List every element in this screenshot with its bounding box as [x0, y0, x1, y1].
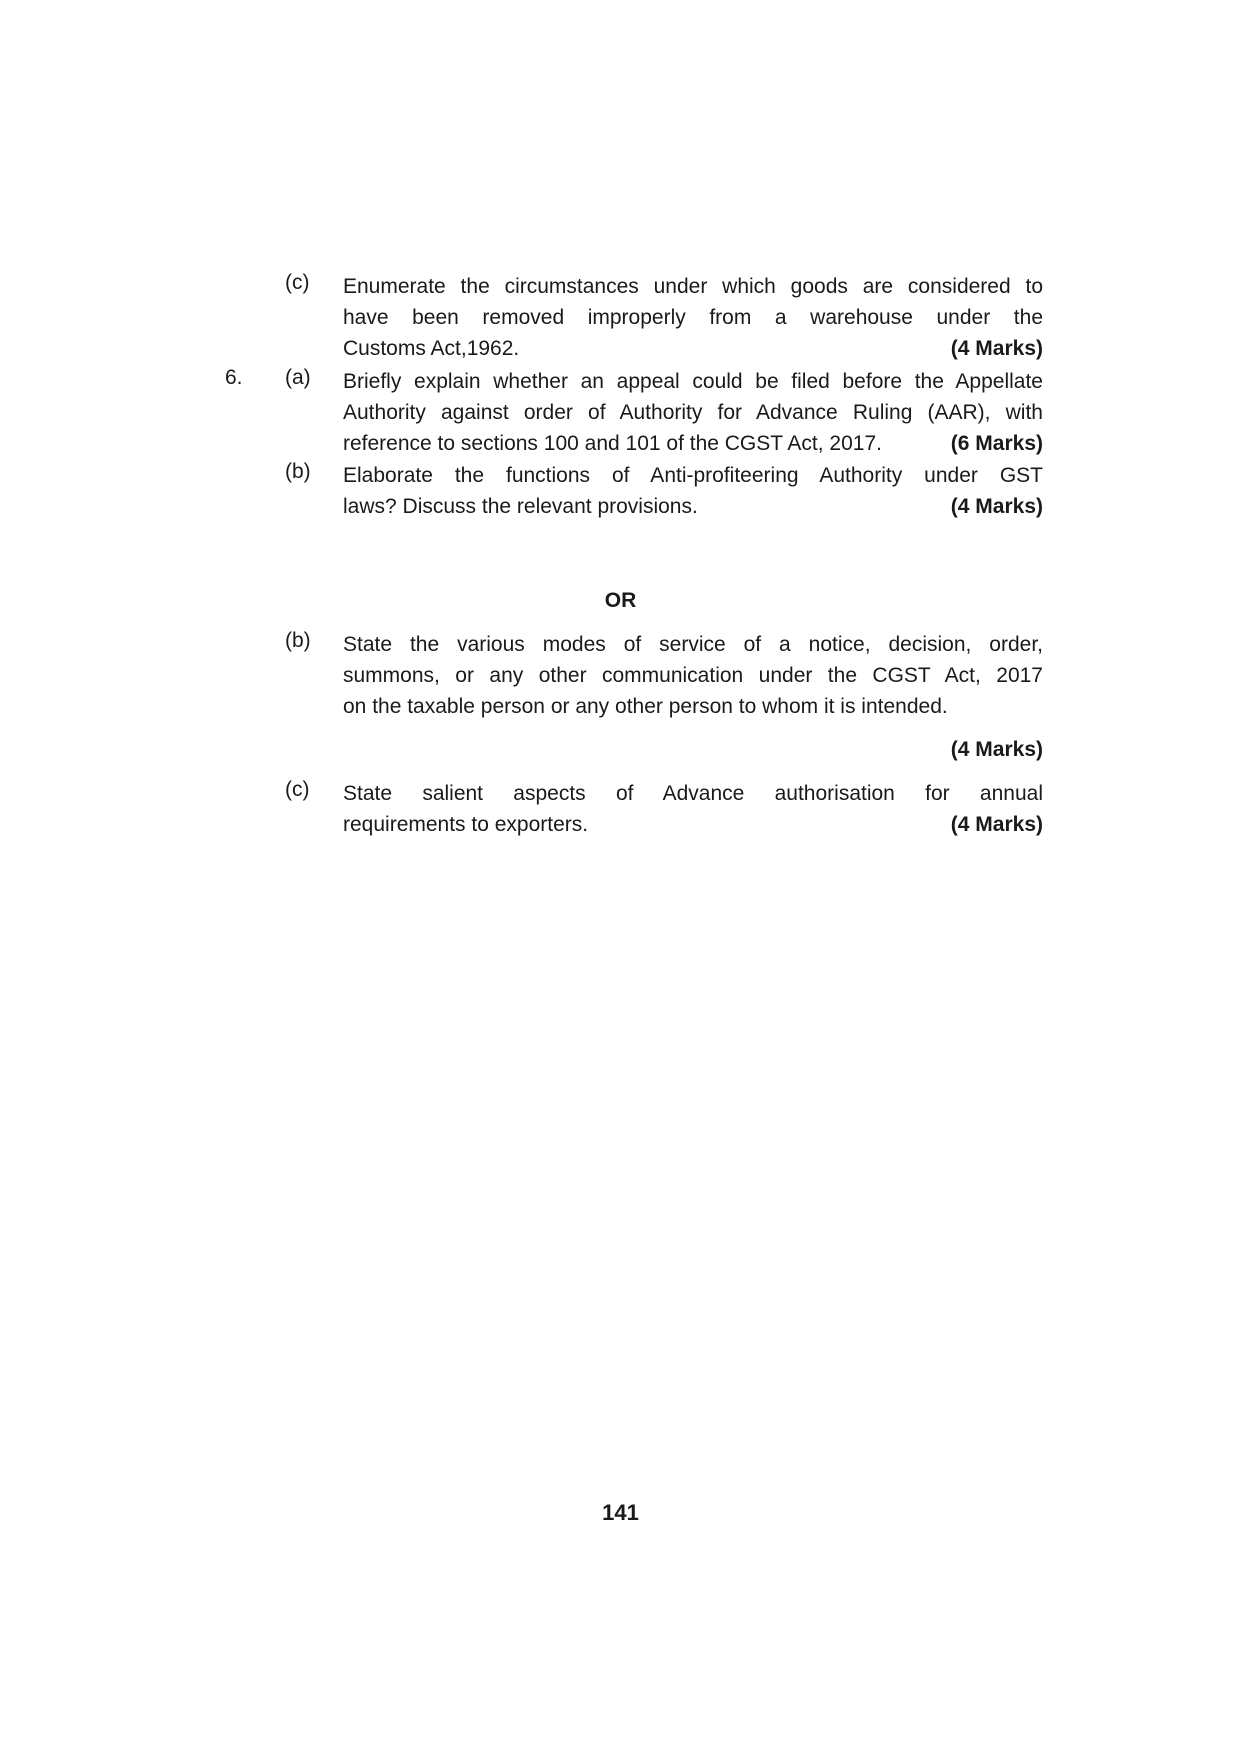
- text-line: requirements to exporters.(4 Marks): [343, 809, 1043, 840]
- question-number: 6.: [225, 366, 243, 390]
- question-label: (b): [285, 460, 311, 484]
- question-label: (a): [285, 366, 311, 390]
- text-line: Enumerate the circumstances under which …: [343, 271, 1043, 302]
- marks-label: (4 Marks): [951, 333, 1043, 364]
- marks-label: (4 Marks): [951, 734, 1043, 765]
- question-text: Elaborate the functions of Anti-profitee…: [343, 460, 1043, 522]
- text-line: laws? Discuss the relevant provisions.(4…: [343, 491, 1043, 522]
- text-line: (4 Marks): [343, 734, 1043, 765]
- text-line: Authority against order of Authority for…: [343, 397, 1043, 428]
- text-line: State salient aspects of Advance authori…: [343, 778, 1043, 809]
- text-segment: Customs Act,1962.: [343, 337, 519, 360]
- text-line: Briefly explain whether an appeal could …: [343, 366, 1043, 397]
- text-line: Customs Act,1962.(4 Marks): [343, 333, 1043, 364]
- or-separator: OR: [0, 589, 1241, 613]
- question-text: Enumerate the circumstances under which …: [343, 271, 1043, 364]
- marks-label: (6 Marks): [951, 428, 1043, 459]
- text-line: Elaborate the functions of Anti-profitee…: [343, 460, 1043, 491]
- text-line: have been removed improperly from a ware…: [343, 302, 1043, 333]
- text-line: reference to sections 100 and 101 of the…: [343, 428, 1043, 459]
- text-line: State the various modes of service of a …: [343, 629, 1043, 660]
- text-line: on the taxable person or any other perso…: [343, 691, 1043, 722]
- text-segment: reference to sections 100 and 101 of the…: [343, 428, 882, 459]
- marks-label: (4 Marks): [951, 809, 1043, 840]
- question-text: State the various modes of service of a …: [343, 629, 1043, 765]
- question-label: (c): [285, 271, 310, 295]
- question-text: Briefly explain whether an appeal could …: [343, 366, 1043, 459]
- text-segment: requirements to exporters.: [343, 813, 588, 836]
- text-line: summons, or any other communication unde…: [343, 660, 1043, 691]
- marks-label: (4 Marks): [951, 491, 1043, 522]
- question-label: (b): [285, 629, 311, 653]
- page-number: 141: [0, 1500, 1241, 1526]
- text-segment: laws? Discuss the relevant provisions.: [343, 495, 698, 518]
- question-label: (c): [285, 778, 310, 802]
- question-text: State salient aspects of Advance authori…: [343, 778, 1043, 840]
